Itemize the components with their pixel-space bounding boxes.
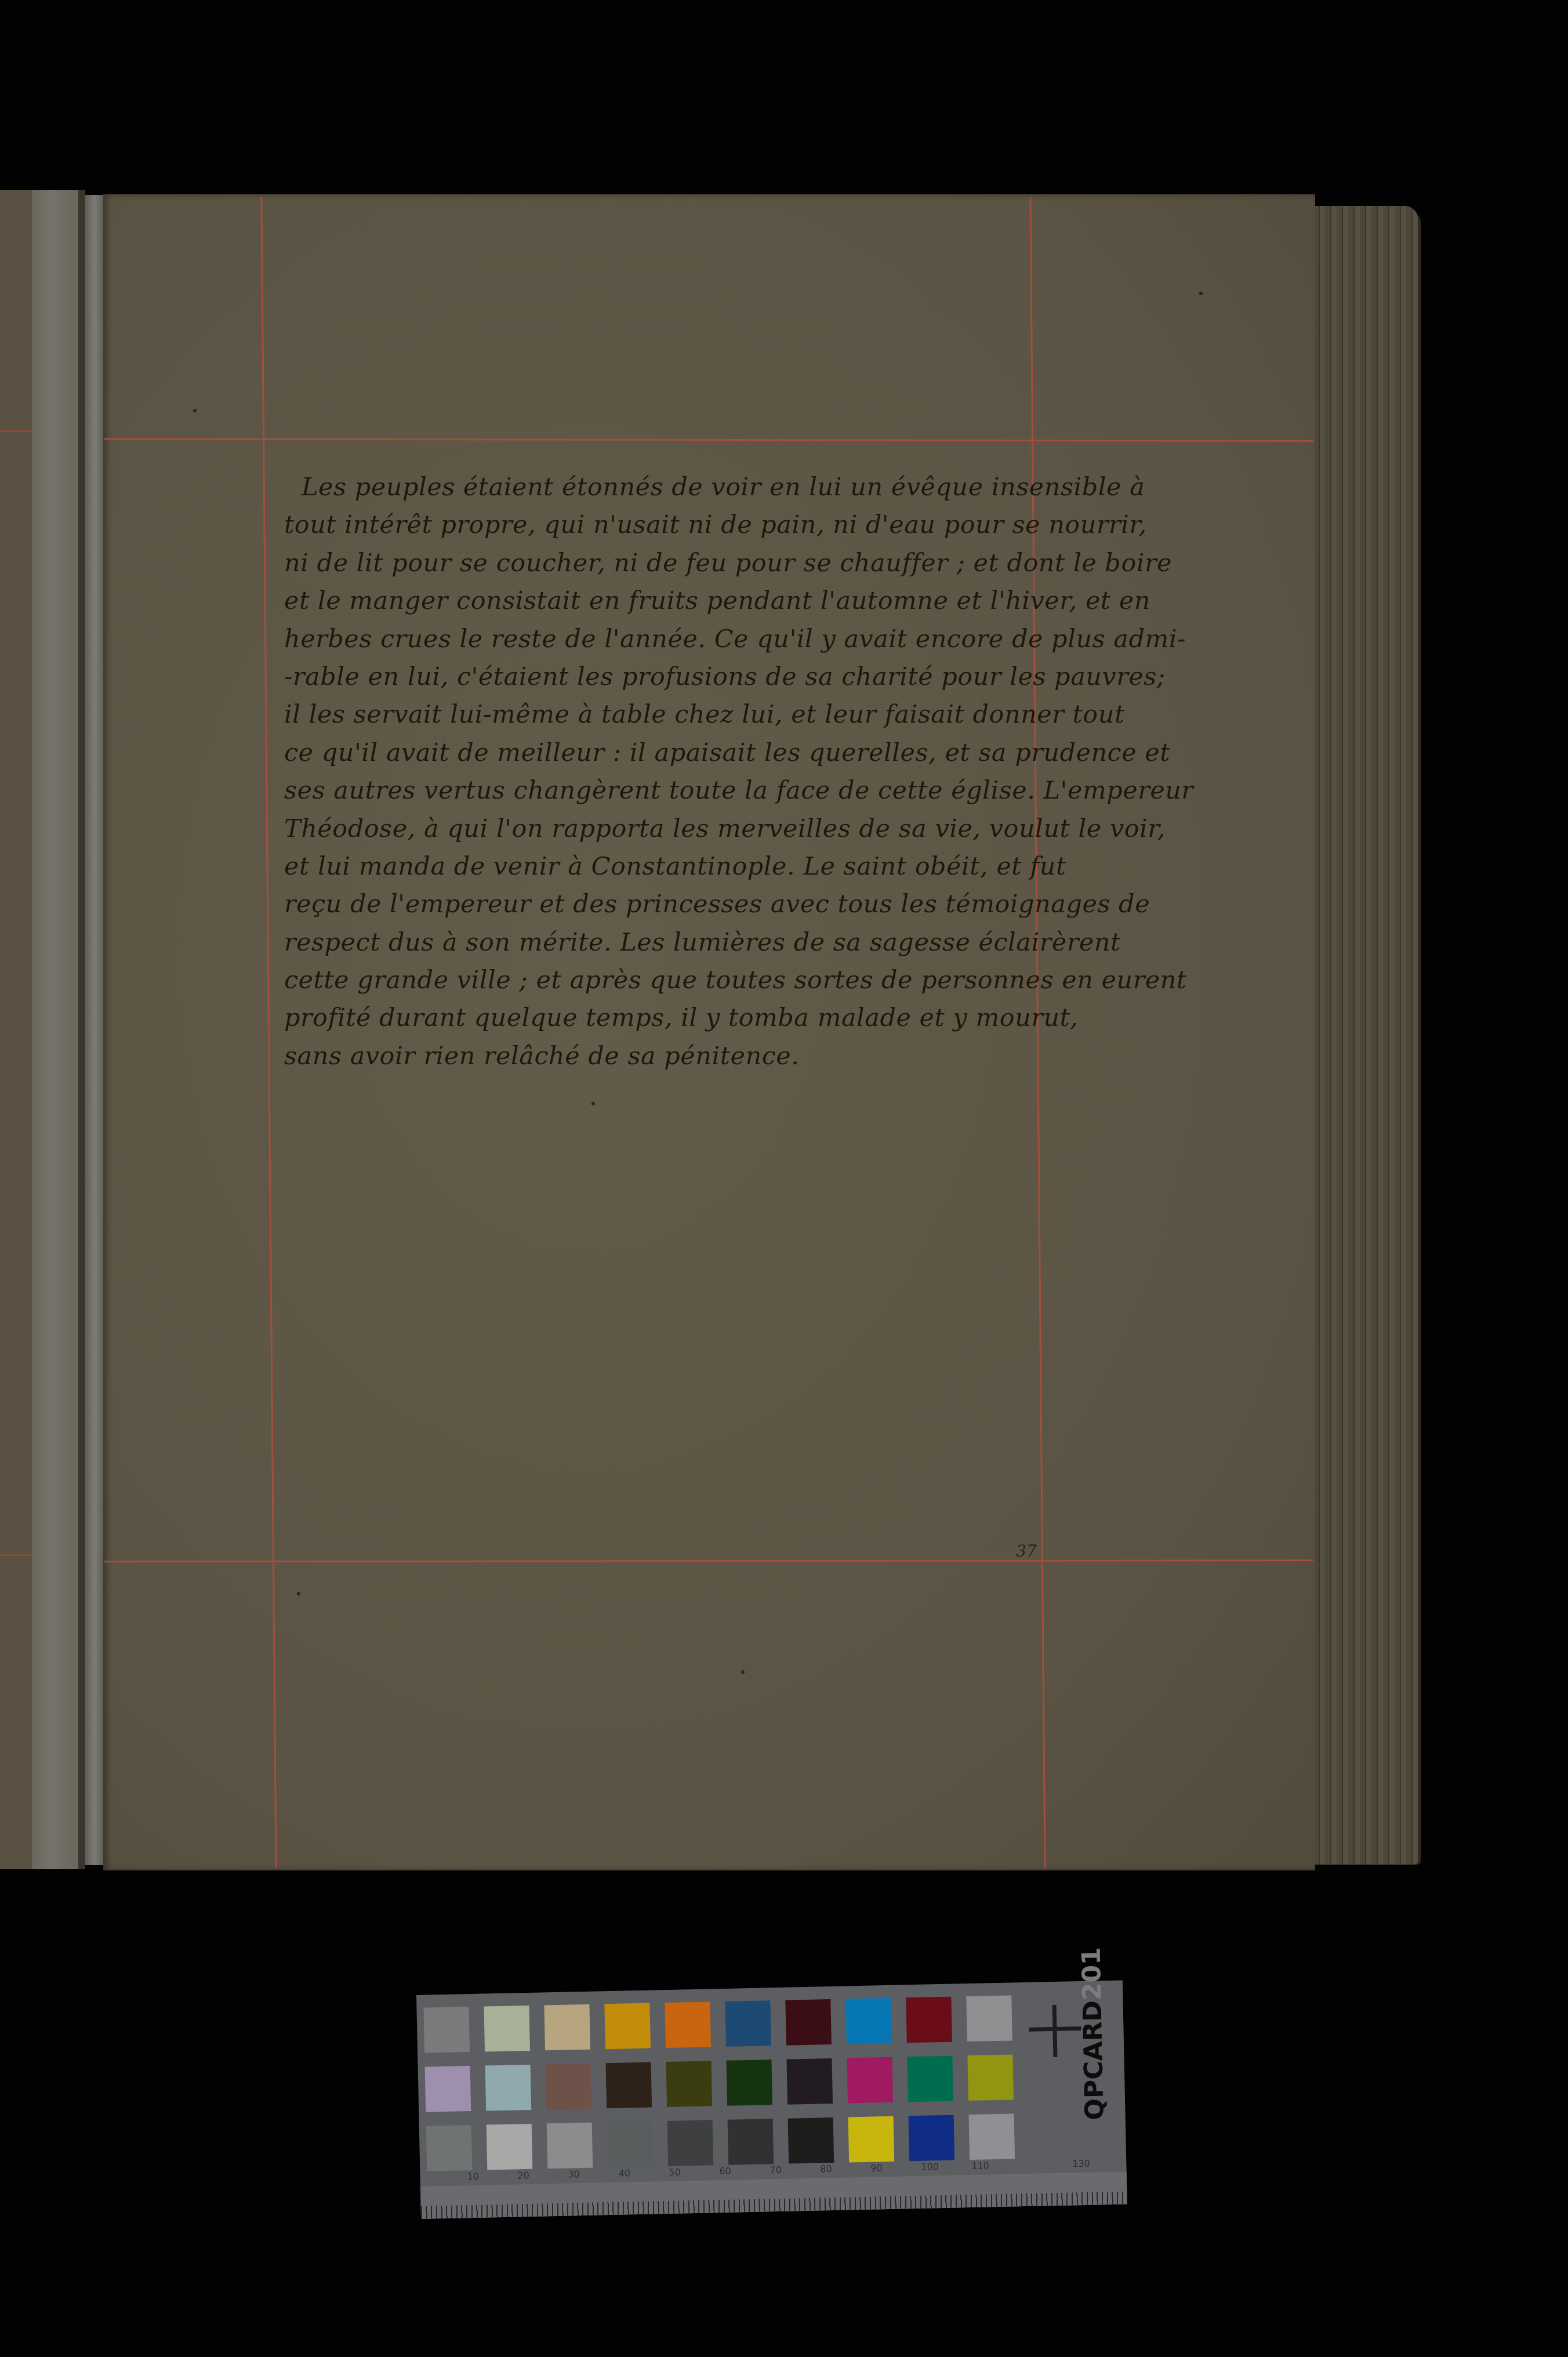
text-line: sans avoir rien relâché de sa pénitence. xyxy=(284,1038,1052,1075)
color-swatch-grid xyxy=(416,1980,1123,1995)
text-line: ce qu'il avait de meilleur : il apaisait… xyxy=(284,734,1052,772)
color-swatch xyxy=(788,2117,834,2164)
ruler-tick-label: 100 xyxy=(921,2161,939,2173)
color-swatch xyxy=(544,2004,590,2051)
color-swatch xyxy=(786,2058,833,2105)
ruler-tick-label: 50 xyxy=(669,2167,681,2178)
color-swatch xyxy=(606,2062,652,2109)
card-brand-logo: QPCARD201 xyxy=(1077,1947,1110,2120)
text-line: cette grande ville ; et après que toutes… xyxy=(284,962,1052,999)
color-swatch xyxy=(725,2000,771,2047)
paper-speck xyxy=(193,409,197,412)
binding-gutter-strip xyxy=(32,190,78,1869)
color-swatch xyxy=(547,2123,593,2169)
color-swatch xyxy=(969,2113,1015,2160)
text-line: Théodose, à qui l'on rapporta les mervei… xyxy=(284,810,1052,848)
ruler-tick-label: 110 xyxy=(971,2160,989,2171)
card-model: 201 xyxy=(1077,1947,1108,2001)
page-stack-fore-edge xyxy=(1313,206,1418,1865)
color-swatch xyxy=(667,2120,714,2166)
text-line: profité durant quelque temps, il y tomba… xyxy=(284,999,1052,1037)
text-line: Les peuples étaient étonnés de voir en l… xyxy=(284,469,1052,506)
color-swatch xyxy=(425,2066,471,2112)
color-swatch xyxy=(909,2115,955,2162)
text-line: ni de lit pour se coucher, ni de feu pou… xyxy=(284,545,1052,582)
page-number: 37 xyxy=(1016,1542,1037,1561)
paper-speck xyxy=(297,1592,300,1595)
handwritten-paragraph: Les peuples étaient étonnés de voir en l… xyxy=(284,469,1052,1075)
color-swatch xyxy=(785,1999,832,2046)
paper-speck xyxy=(591,1102,595,1105)
color-swatch xyxy=(848,2116,895,2163)
color-swatch xyxy=(967,2054,1014,2101)
color-swatch xyxy=(666,2061,713,2107)
color-swatch xyxy=(426,2125,473,2171)
ruler-tick-label: 10 xyxy=(467,2171,479,2182)
ruler-tick-label: 130 xyxy=(1072,2158,1090,2170)
color-swatch xyxy=(487,2124,533,2170)
color-swatch xyxy=(847,2057,893,2104)
ruler-labels: 102030405060708090100110130 xyxy=(416,1980,1123,1995)
color-swatch xyxy=(607,2122,654,2168)
color-swatch xyxy=(665,2001,711,2048)
ruler-tick-label: 80 xyxy=(820,2163,832,2174)
text-line: il les servait lui-même à table chez lui… xyxy=(284,696,1052,734)
color-swatch xyxy=(728,2119,774,2165)
paper-speck xyxy=(1199,292,1203,295)
color-calibration-card: QPCARD201 102030405060708090100110130 xyxy=(416,1980,1127,2218)
color-swatch xyxy=(966,1996,1012,2042)
ruler-tick-label: 90 xyxy=(870,2162,883,2173)
text-line: reçu de l'empereur et des princesses ave… xyxy=(284,886,1052,923)
binding-guard-strip xyxy=(85,195,104,1865)
ruler-tick-label: 60 xyxy=(719,2166,731,2177)
ruler-tick-label: 70 xyxy=(770,2164,782,2175)
ruler-tick-label: 20 xyxy=(517,2170,529,2181)
color-swatch xyxy=(845,1998,892,2044)
text-line: ses autres vertus changèrent toute la fa… xyxy=(284,772,1052,810)
text-line: et le manger consistait en fruits pendan… xyxy=(284,582,1052,620)
color-swatch xyxy=(906,1997,952,2043)
card-brand: QPCARD xyxy=(1077,2000,1109,2120)
text-line: -rable en lui, c'étaient les profusions … xyxy=(284,658,1052,696)
text-line: et lui manda de venir à Constantinople. … xyxy=(284,848,1052,886)
color-swatch xyxy=(604,2003,651,2050)
text-line: respect dus à son mérite. Les lumières d… xyxy=(284,924,1052,962)
color-swatch xyxy=(546,2064,592,2110)
color-swatch xyxy=(484,2006,530,2052)
text-line: tout intérêt propre, qui n'usait ni de p… xyxy=(284,506,1052,544)
binding-gutter-shadow xyxy=(78,190,85,1869)
paper-speck xyxy=(741,1670,745,1674)
ruler-tick-label: 40 xyxy=(618,2167,630,2178)
left-facing-page-edge xyxy=(0,190,35,1869)
color-swatch xyxy=(423,2007,470,2053)
crosshair-target-icon xyxy=(1052,2005,1058,2057)
left-page-ruling-line xyxy=(0,1554,35,1556)
color-swatch xyxy=(726,2059,772,2106)
color-swatch xyxy=(485,2065,532,2111)
left-page-ruling-line xyxy=(0,430,35,432)
ruler-tick-label: 30 xyxy=(568,2169,580,2180)
text-line: herbes crues le reste de l'année. Ce qu'… xyxy=(284,621,1052,658)
color-swatch xyxy=(907,2056,953,2102)
